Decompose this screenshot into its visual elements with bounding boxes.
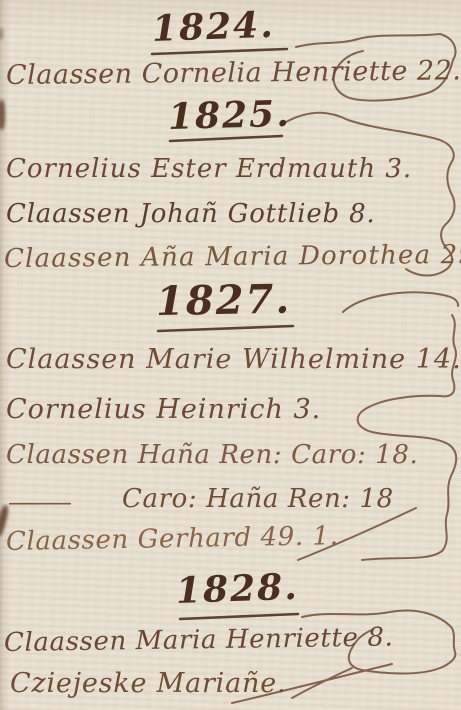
flourish-1827-curl xyxy=(343,292,458,312)
page-edge-smudge xyxy=(0,28,3,40)
register-entry-cziejeske-mariane: Cziejeske Mariañe. xyxy=(10,668,286,699)
register-entry-claassen-gerhard: Claassen Gerhard 49. 1. xyxy=(6,521,339,557)
register-entry-claassen-hana-ren-caro: Claassen Haña Ren: Caro: 18. xyxy=(6,440,418,470)
register-entry-claassen-marie-wilhelmine: Claassen Marie Wilhelmine 14. xyxy=(6,344,461,375)
register-entry-cornelius-ester-erdmauth: Cornelius Ester Erdmauth 3. xyxy=(6,154,412,184)
underline-1824 xyxy=(152,49,287,54)
register-entry-claassen-ana-maria-dorothea: Claassen Aña Maria Dorothea 29. xyxy=(4,240,461,274)
year-heading-1825: 1825. xyxy=(167,93,291,138)
underline-1828 xyxy=(180,614,298,619)
register-entry-claassen-cornelia-henriette: Claassen Cornelia Henriette 22. xyxy=(6,55,461,91)
register-entry-caro-hana-ren: Caro: Haña Ren: 18 xyxy=(122,484,394,514)
page-edge-smudge xyxy=(0,100,5,130)
year-heading-1828: 1828. xyxy=(175,566,299,612)
year-heading-1827: 1827. xyxy=(156,276,292,325)
ditto-mark: ——— xyxy=(8,488,68,516)
register-entry-claassen-maria-henriette: Claassen Maria Henriette 8. xyxy=(4,623,394,658)
register-entry-claassen-johan-gottlieb: Claassen Johañ Gottlieb 8. xyxy=(6,199,375,229)
register-entry-cornelius-heinrich: Cornelius Heinrich 3. xyxy=(6,394,321,425)
flourish-1828-tail xyxy=(292,668,352,698)
year-heading-1824: 1824. xyxy=(151,4,275,50)
underline-1827 xyxy=(158,326,293,331)
register-page: 1824. 1825. 1827. 1828. Claassen Corneli… xyxy=(0,0,461,710)
